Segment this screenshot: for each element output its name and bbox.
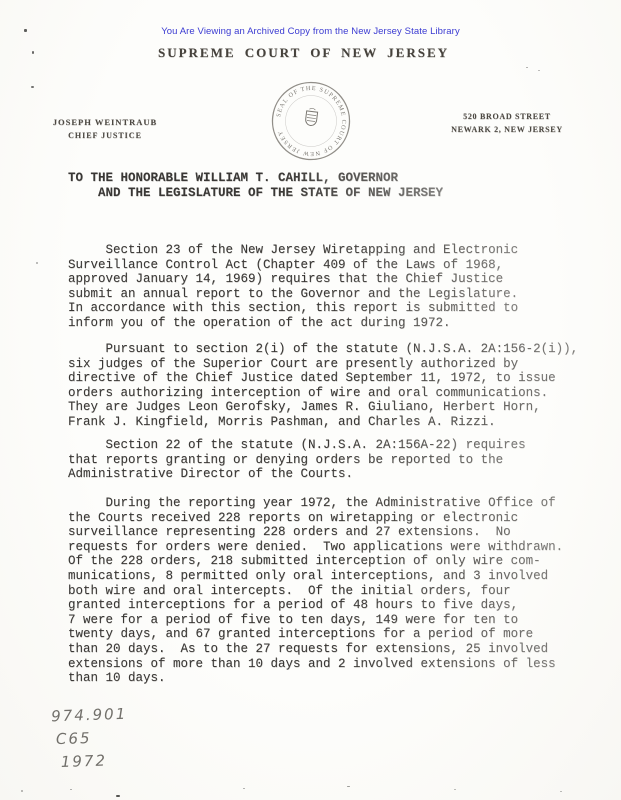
handwritten-call-number: 974.901 C65 1972	[51, 703, 129, 775]
call-number-line3: 1972	[60, 749, 129, 774]
paragraph-section-22: Section 22 of the statute (N.J.S.A. 2A:1…	[68, 438, 526, 482]
salutation: TO THE HONORABLE WILLIAM T. CAHILL, GOVE…	[68, 171, 443, 200]
archive-banner-text: You Are Viewing an Archived Copy from th…	[0, 26, 621, 37]
scan-artifact	[538, 70, 540, 71]
scan-artifact	[36, 262, 38, 264]
scan-artifact	[31, 86, 34, 88]
address-block: 520 BROAD STREET NEWARK 2, NEW JERSEY	[442, 112, 572, 134]
official-block: JOSEPH WEINTRAUB CHIEF JUSTICE	[40, 117, 170, 140]
scan-artifact	[526, 67, 528, 68]
scan-artifact	[70, 789, 72, 790]
official-title: CHIEF JUSTICE	[40, 131, 170, 140]
scan-artifact	[116, 795, 120, 797]
seal-shield-emblem	[305, 108, 318, 126]
paragraph-statistics: During the reporting year 1972, the Admi…	[68, 496, 563, 686]
address-city: NEWARK 2, NEW JERSEY	[442, 125, 572, 134]
call-number-line1: 974.901	[51, 703, 128, 729]
call-number-line2: C65	[56, 726, 129, 751]
letterhead-title: SUPREME COURT OF NEW JERSEY	[0, 45, 607, 61]
paragraph-section-23: Section 23 of the New Jersey Wiretapping…	[68, 243, 518, 331]
paragraph-judges: Pursuant to section 2(i) of the statute …	[68, 342, 578, 430]
scan-artifact	[32, 51, 34, 54]
address-street: 520 BROAD STREET	[442, 112, 572, 121]
scan-artifact	[347, 786, 350, 787]
scan-artifact	[21, 790, 23, 792]
scan-artifact	[243, 788, 245, 789]
document-page: You Are Viewing an Archived Copy from th…	[0, 0, 621, 800]
scan-artifact	[24, 29, 27, 32]
official-name: JOSEPH WEINTRAUB	[40, 117, 170, 127]
scan-artifact	[454, 789, 456, 790]
court-seal-stamp: SEAL OF THE SUPREME COURT OF NEW JERSEY	[263, 73, 359, 169]
scan-artifact	[560, 791, 562, 792]
